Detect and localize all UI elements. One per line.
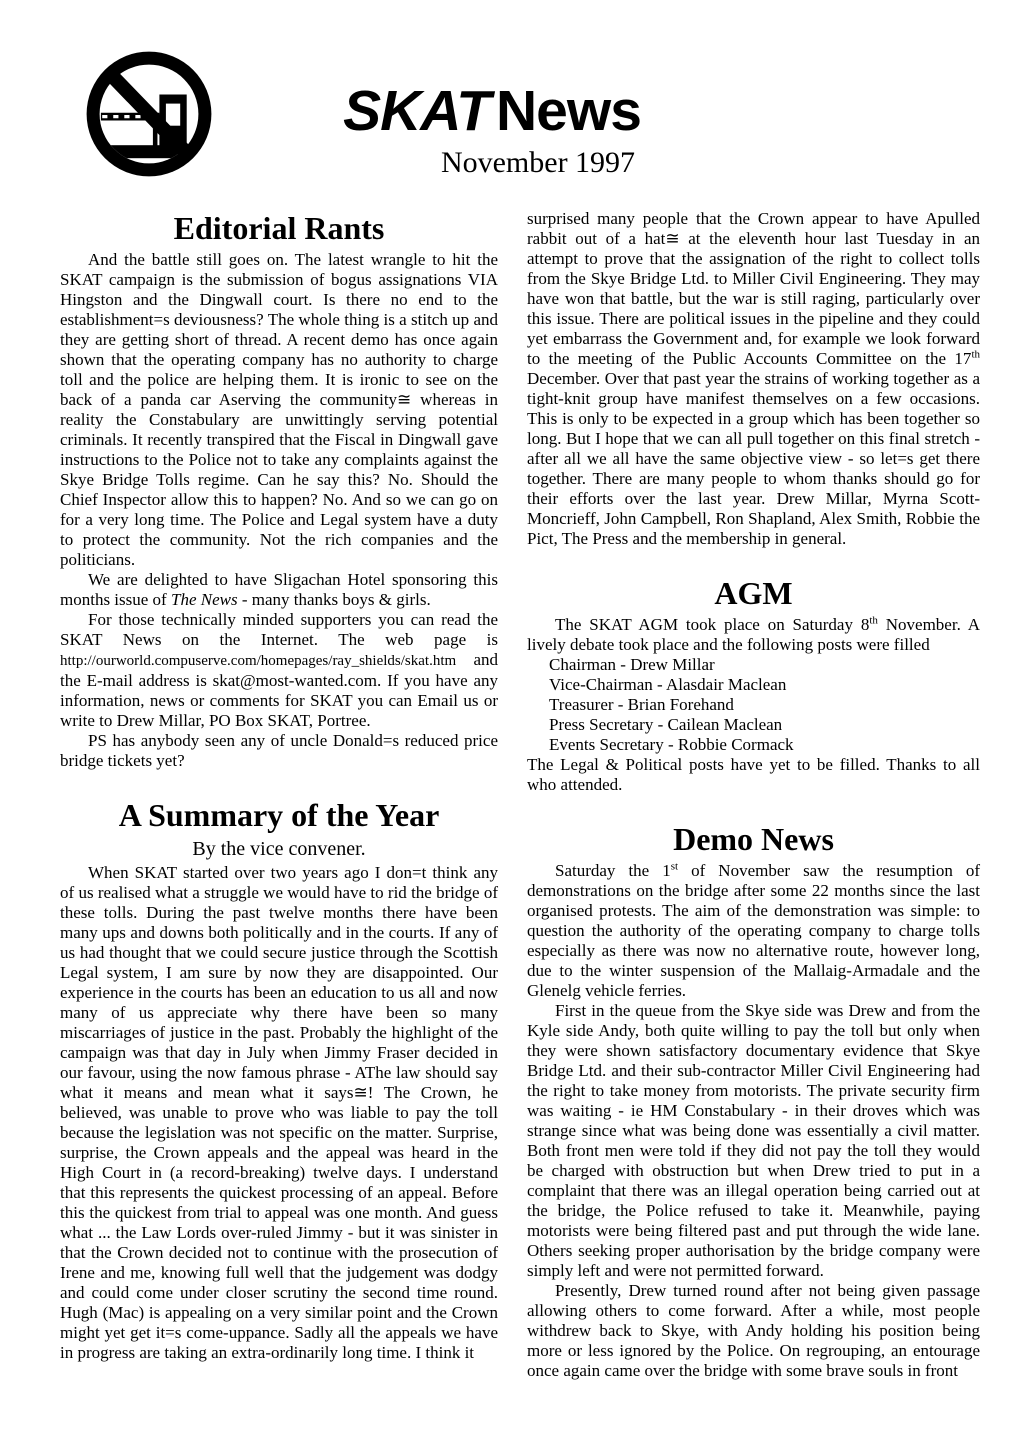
heading-editorial-rants: Editorial Rants <box>60 209 498 247</box>
paragraph-text: surprised many people that the Crown app… <box>527 209 980 368</box>
ordinal-superscript: st <box>671 860 678 872</box>
agm-post-press-secretary: Press Secretary - Cailean Maclean <box>527 715 980 735</box>
agm-post-chairman: Chairman - Drew Millar <box>527 655 980 675</box>
right-column: surprised many people that the Crown app… <box>527 209 980 1381</box>
paragraph-text: For those technically minded supporters … <box>60 610 498 649</box>
web-page-url: http://ourworld.compuserve.com/homepages… <box>60 653 456 669</box>
editorial-paragraph-2: We are delighted to have Sligachan Hotel… <box>60 570 498 610</box>
editorial-paragraph-1: And the battle still goes on. The latest… <box>60 250 498 570</box>
summary-paragraph-1: When SKAT started over two years ago I d… <box>60 863 498 1363</box>
demo-paragraph-3: Presently, Drew turned round after not b… <box>527 1281 980 1381</box>
title-block: SKATNews November 1997 <box>0 80 1020 180</box>
paragraph-text: December. Over that past year the strain… <box>527 369 980 548</box>
heading-agm: AGM <box>527 574 980 612</box>
heading-summary-of-year: A Summary of the Year <box>60 796 498 834</box>
demo-paragraph-2: First in the queue from the Skye side wa… <box>527 1001 980 1281</box>
heading-demo-news: Demo News <box>527 820 980 858</box>
paragraph-text: - many thanks boys & girls. <box>238 590 431 609</box>
paragraph-text: The SKAT AGM took place on Saturday 8 <box>555 615 869 634</box>
newsletter-title: SKATNews <box>0 80 1002 142</box>
paragraph-text: of November saw the resumption of demons… <box>527 861 980 1000</box>
ordinal-superscript: th <box>869 614 878 626</box>
newsletter-page: SKATNews November 1997 Editorial Rants A… <box>0 0 1020 1443</box>
agm-post-vice-chairman: Vice-Chairman - Alasdair Maclean <box>527 675 980 695</box>
editorial-paragraph-3: For those technically minded supporters … <box>60 610 498 731</box>
paragraph-text: Saturday the 1 <box>555 861 671 880</box>
byline: By the vice convener. <box>60 837 498 861</box>
ordinal-superscript: th <box>971 348 980 360</box>
left-column: Editorial Rants And the battle still goe… <box>60 209 498 1381</box>
agm-posts-list: Chairman - Drew Millar Vice-Chairman - A… <box>527 655 980 755</box>
agm-post-events-secretary: Events Secretary - Robbie Cormack <box>527 735 980 755</box>
editorial-paragraph-4: PS has anybody seen any of uncle Donald=… <box>60 731 498 771</box>
title-news: News <box>496 79 641 143</box>
agm-post-treasurer: Treasurer - Brian Forehand <box>527 695 980 715</box>
summary-continuation-paragraph: surprised many people that the Crown app… <box>527 209 980 549</box>
agm-paragraph-1: The SKAT AGM took place on Saturday 8th … <box>527 615 980 655</box>
agm-paragraph-2: The Legal & Political posts have yet to … <box>527 755 980 795</box>
two-column-body: Editorial Rants And the battle still goe… <box>60 209 980 1381</box>
issue-date: November 1997 <box>28 146 1020 180</box>
newsletter-name-italic: The News <box>171 590 238 609</box>
title-skat: SKAT <box>343 79 496 143</box>
demo-paragraph-1: Saturday the 1st of November saw the res… <box>527 861 980 1001</box>
masthead: SKATNews November 1997 <box>0 0 1020 205</box>
